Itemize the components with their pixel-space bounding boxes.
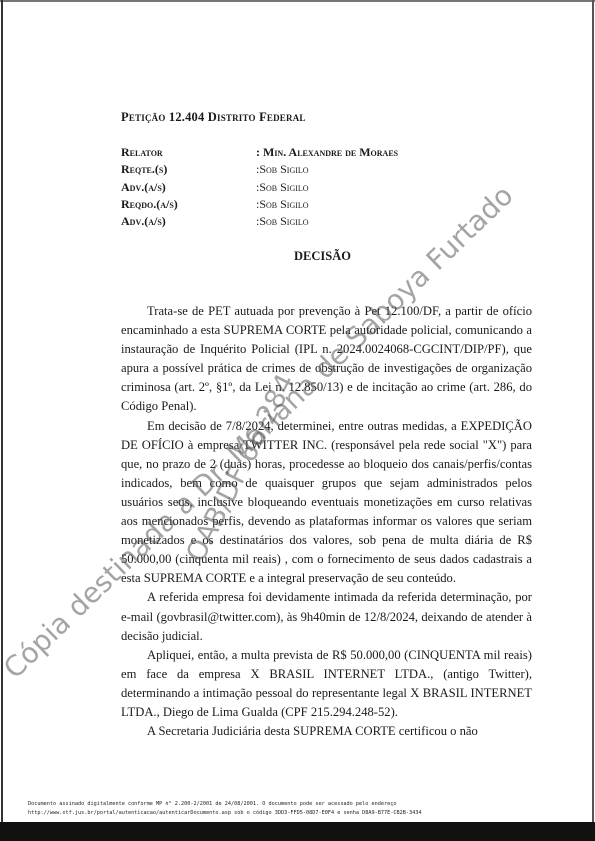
- party-row-reqdo: Reqdo.(a/s) :Sob Sigilo: [121, 197, 398, 214]
- paragraph: Trata-se de PET autuada por prevenção à …: [121, 302, 532, 417]
- party-row-reqte: Reqte.(s) :Sob Sigilo: [121, 162, 398, 179]
- party-row-adv-2: Adv.(a/s) :Sob Sigilo: [121, 214, 398, 231]
- decision-body: Trata-se de PET autuada por prevenção à …: [121, 302, 532, 741]
- party-label: Adv.(a/s): [121, 180, 256, 197]
- footer-line-1: Documento assinado digitalmente conforme…: [28, 800, 422, 809]
- footer-line-2: http://www.stf.jus.br/portal/autenticaca…: [28, 809, 422, 818]
- paragraph: Apliquei, então, a multa prevista de R$ …: [121, 646, 532, 722]
- digital-signature-footer: Documento assinado digitalmente conforme…: [28, 800, 422, 817]
- paragraph: A Secretaria Judiciária desta SUPREMA CO…: [121, 722, 532, 741]
- party-value: :Sob Sigilo: [256, 162, 309, 179]
- party-label: Adv.(a/s): [121, 214, 256, 231]
- party-row-relator: Relator : Min. Alexandre de Moraes: [121, 145, 398, 162]
- paragraph: Em decisão de 7/8/2024, determinei, entr…: [121, 417, 532, 589]
- party-value: :Sob Sigilo: [256, 180, 309, 197]
- scan-edge-top: [0, 0, 595, 2]
- party-label: Relator: [121, 145, 256, 162]
- scan-edge-bottom: [0, 822, 595, 841]
- document-page: Petição 12.404 Distrito Federal Relator …: [0, 0, 595, 841]
- party-value: :Sob Sigilo: [256, 214, 309, 231]
- parties-table: Relator : Min. Alexandre de Moraes Reqte…: [121, 145, 398, 231]
- party-value: :Sob Sigilo: [256, 197, 309, 214]
- party-value: : Min. Alexandre de Moraes: [256, 145, 398, 162]
- party-label: Reqte.(s): [121, 162, 256, 179]
- scan-edge-right: [592, 0, 594, 822]
- party-label: Reqdo.(a/s): [121, 197, 256, 214]
- section-title: DECISÃO: [0, 249, 595, 264]
- paragraph: A referida empresa foi devidamente intim…: [121, 588, 532, 645]
- party-row-adv: Adv.(a/s) :Sob Sigilo: [121, 180, 398, 197]
- document-title: Petição 12.404 Distrito Federal: [121, 110, 306, 125]
- scan-edge-left: [1, 0, 3, 822]
